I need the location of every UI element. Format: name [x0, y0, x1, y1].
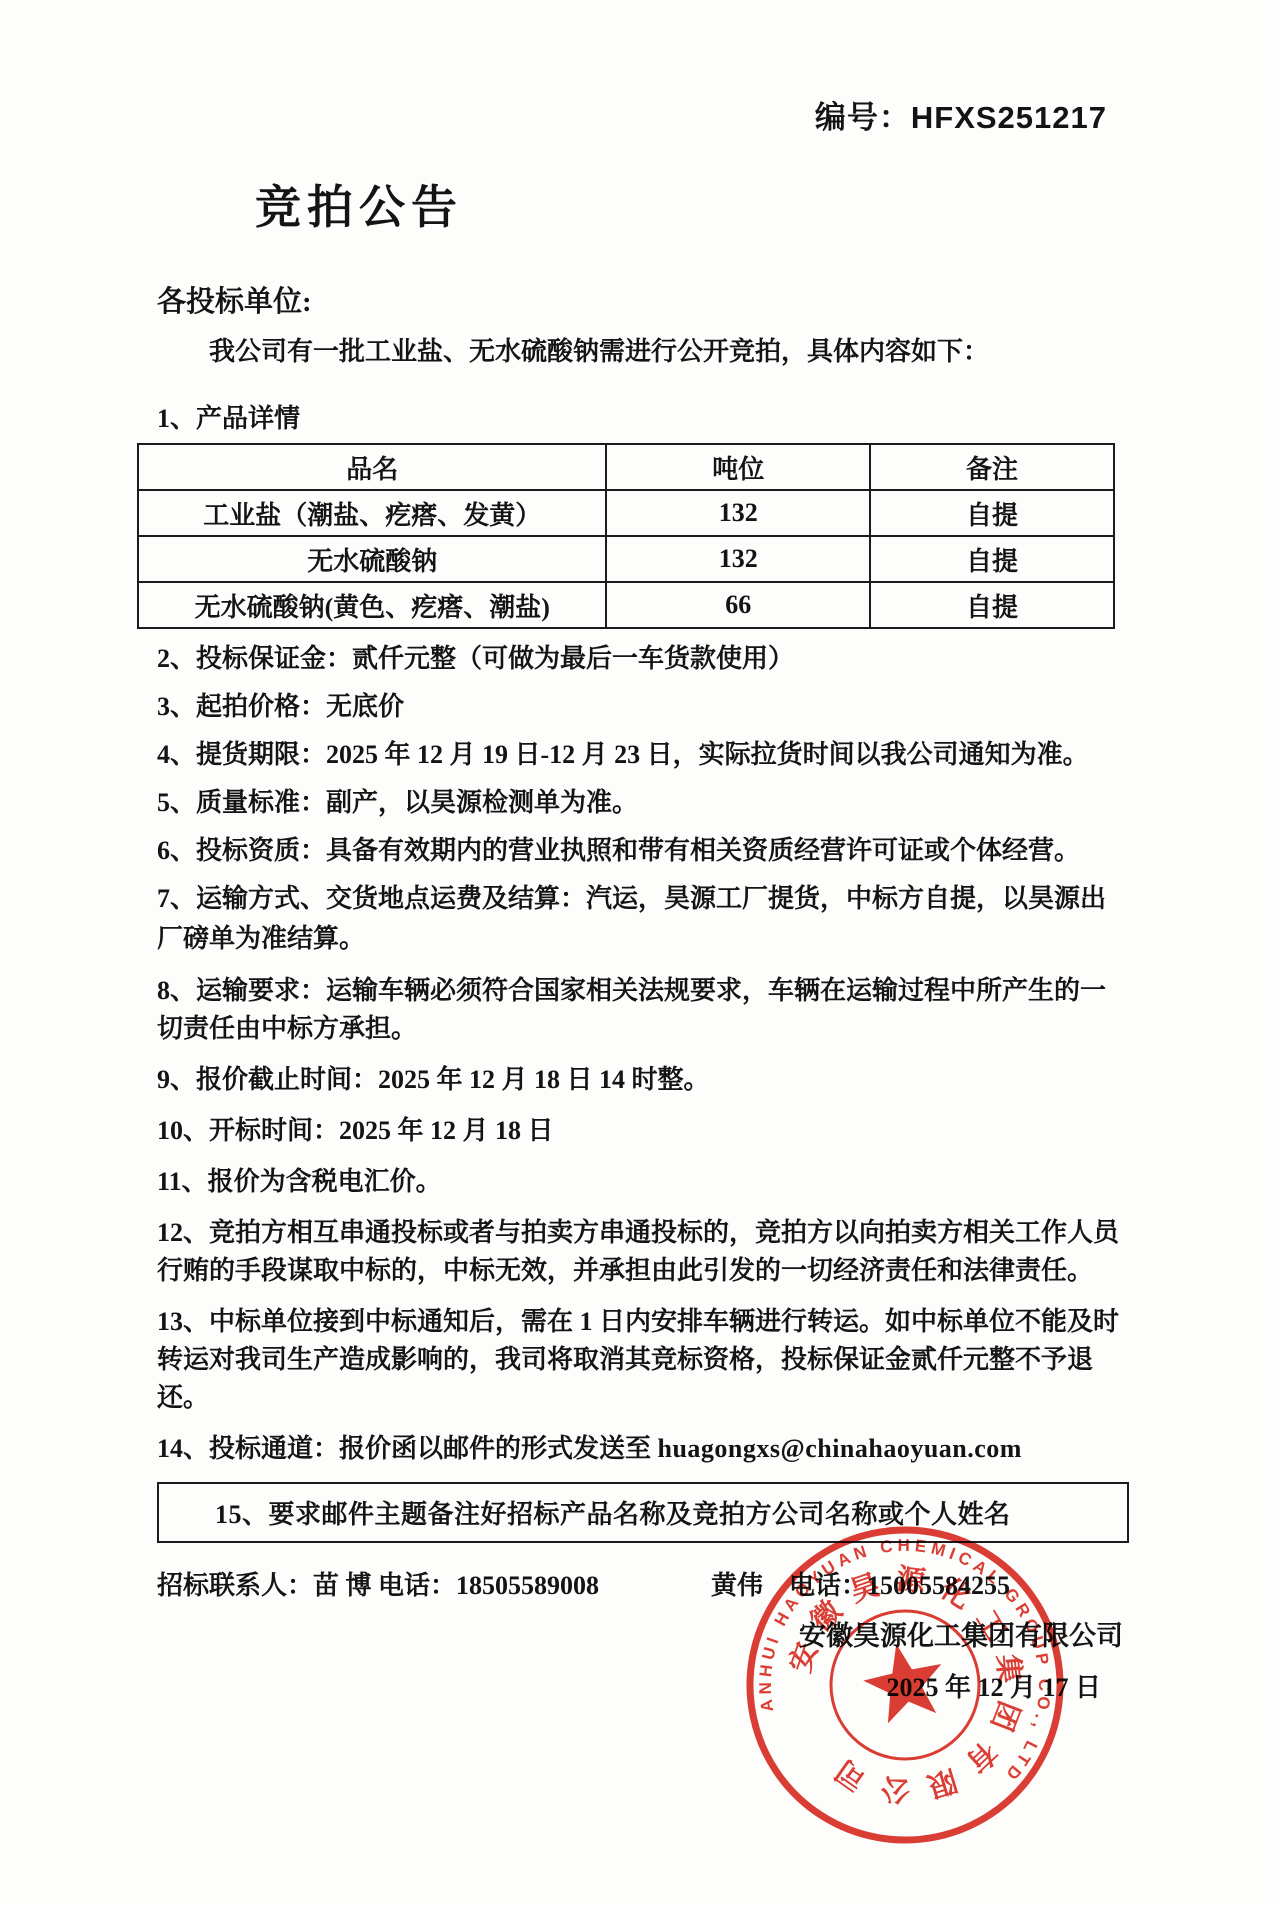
cell-product-name: 工业盐（潮盐、疙瘩、发黄） [138, 490, 606, 536]
col-header-tonnage: 吨位 [606, 444, 870, 490]
term-item-12: 12、竞拍方相互串通投标或者与拍卖方串通投标的，竞拍方以向拍卖方相关工作人员行贿… [157, 1214, 1129, 1290]
term-item-5: 5、质量标准：副产，以昊源检测单为准。 [157, 783, 1129, 823]
cell-tonnage: 66 [606, 582, 870, 628]
signature-date: 2025 年 12 月 17 日 [157, 1667, 1129, 1704]
table-row: 无水硫酸钠(黄色、疙瘩、潮盐) 66 自提 [138, 582, 1114, 628]
signature-company: 安徽昊源化工集团有限公司 [157, 1614, 1129, 1653]
cell-product-name: 无水硫酸钠 [138, 536, 606, 582]
doc-number-line: 编号：HFXS251217 [157, 92, 1129, 137]
table-header-row: 品名 吨位 备注 [138, 444, 1114, 490]
term-item-7: 7、运输方式、交货地点运费及结算：汽运，昊源工厂提货，中标方自提，以昊源出厂磅单… [157, 879, 1129, 959]
term-item-13: 13、中标单位接到中标通知后，需在 1 日内安排车辆进行转运。如中标单位不能及时… [157, 1303, 1129, 1417]
contact-primary: 招标联系人：苗 博 电话：18505589008 [157, 1565, 599, 1602]
cell-note: 自提 [870, 582, 1114, 628]
term-item-8: 8、运输要求：运输车辆必须符合国家相关法规要求，车辆在运输过程中所产生的一切责任… [157, 972, 1129, 1048]
contact-secondary-phone: 电话：15005584255 [789, 1571, 1010, 1600]
cell-tonnage: 132 [606, 490, 870, 536]
intro-paragraph: 我公司有一批工业盐、无水硫酸钠需进行公开竞拍，具体内容如下： [157, 332, 1129, 372]
contact-secondary-name: 黄伟 [711, 1571, 763, 1600]
col-header-note: 备注 [870, 444, 1114, 490]
section-1-title: 1、产品详情 [157, 398, 1129, 435]
bid-email-address: huagongxs@chinahaoyuan.com [658, 1434, 1022, 1463]
contact-line: 招标联系人：苗 博 电话：18505589008 黄伟电话：1500558425… [157, 1565, 1129, 1602]
page-title: 竞拍公告 [255, 171, 1129, 237]
cell-tonnage: 132 [606, 536, 870, 582]
contact-secondary: 黄伟电话：15005584255 [711, 1565, 1129, 1602]
term-item-4: 4、提货期限：2025 年 12 月 19 日-12 月 23 日，实际拉货时间… [157, 735, 1129, 775]
cell-note: 自提 [870, 490, 1114, 536]
table-row: 无水硫酸钠 132 自提 [138, 536, 1114, 582]
terms-list: 2、投标保证金：贰仟元整（可做为最后一车货款使用） 3、起拍价格：无底价 4、提… [157, 639, 1129, 1468]
term-item-9: 9、报价截止时间：2025 年 12 月 18 日 14 时整。 [157, 1061, 1129, 1099]
term-item-2: 2、投标保证金：贰仟元整（可做为最后一车货款使用） [157, 639, 1129, 679]
term-item-3: 3、起拍价格：无底价 [157, 687, 1129, 727]
term-item-14-text: 14、投标通道：报价函以邮件的形式发送至 [157, 1434, 658, 1463]
term-item-15-boxed: 15、要求邮件主题备注好招标产品名称及竞拍方公司名称或个人姓名 [157, 1482, 1129, 1543]
signature-block: 安徽昊源化工集团有限公司 2025 年 12 月 17 日 [157, 1614, 1129, 1704]
term-item-14: 14、投标通道：报价函以邮件的形式发送至 huagongxs@chinahaoy… [157, 1430, 1129, 1468]
table-row: 工业盐（潮盐、疙瘩、发黄） 132 自提 [138, 490, 1114, 536]
cell-product-name: 无水硫酸钠(黄色、疙瘩、潮盐) [138, 582, 606, 628]
doc-number-label: 编号： [815, 100, 911, 135]
term-item-10: 10、开标时间：2025 年 12 月 18 日 [157, 1112, 1129, 1150]
doc-number-value: HFXS251217 [911, 100, 1107, 135]
auction-notice-document: 编号：HFXS251217 竞拍公告 各投标单位: 我公司有一批工业盐、无水硫酸… [0, 0, 1279, 1905]
col-header-name: 品名 [138, 444, 606, 490]
term-item-11: 11、报价为含税电汇价。 [157, 1163, 1129, 1201]
term-item-6: 6、投标资质：具备有效期内的营业执照和带有相关资质经营许可证或个体经营。 [157, 831, 1129, 871]
salutation: 各投标单位: [157, 279, 1129, 320]
product-table: 品名 吨位 备注 工业盐（潮盐、疙瘩、发黄） 132 自提 无水硫酸钠 132 … [137, 443, 1115, 629]
cell-note: 自提 [870, 536, 1114, 582]
